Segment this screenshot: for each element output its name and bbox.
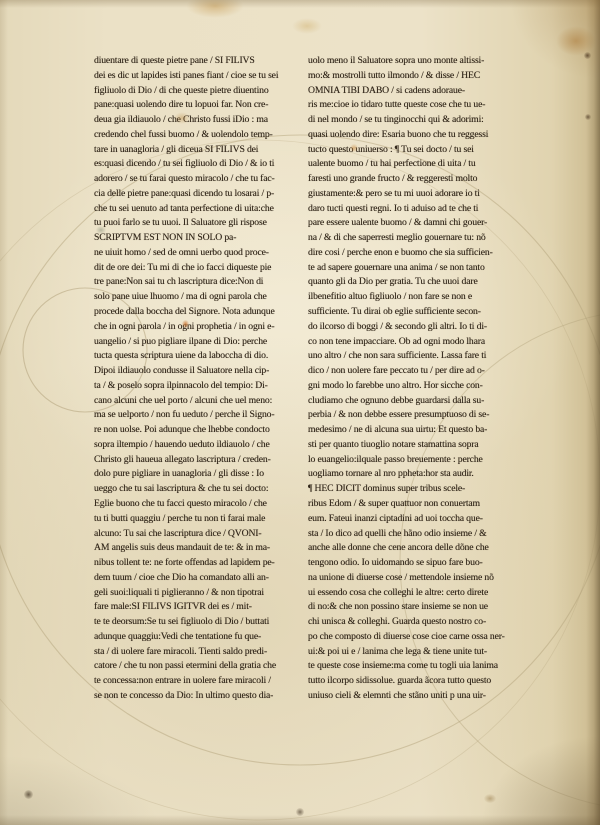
text-line: mo:& mostrolli tutto ilmondo / & disse /… [308,69,517,84]
text-line: Dipoi ildiauolo condusse il Saluatore ne… [94,364,303,379]
text-line: tucto questo uniuerso : ¶ Tu sei docto /… [308,143,517,158]
scanned-book-page: diuentare di queste pietre pane / SI FIL… [0,0,600,825]
text-line: anche alle donne che cene ancora delle d… [308,541,517,556]
text-line: te te deorsum:Se tu sei figliuolo di Dio… [94,615,303,630]
text-line: sti per quanto tiuoglio notare stamattin… [308,438,517,453]
text-line: che in ogni parola / in ogni prophetia /… [94,320,303,335]
text-line: solo pane uiue lhuomo / ma di ogni parol… [94,290,303,305]
text-line: dit de ore dei: Tu mi di che io facci di… [94,261,303,276]
text-line: tre pane:Non sai tu ch lascriptura dice:… [94,275,303,290]
text-line: es:quasi dicendo / tu sei figliuolo di D… [94,157,303,172]
text-line: cludiamo che ognuno debbe guardarsi dall… [308,394,517,409]
text-line: te ad sapere gouernare una anima / se no… [308,261,517,276]
text-line: ui essendo cosa che colleghi le altre: c… [308,586,517,601]
text-line: chi unisca & colleghi. Guarda questo nos… [308,615,517,630]
text-line: figliuolo di Dio / di che queste pietre … [94,84,303,99]
text-line: lo euangelio:ilquale passo breuemente : … [308,453,517,468]
text-line: catore / che tu non passi etermini della… [94,659,303,674]
text-line: ¶ HEC DICIT dominus super tribus scele- [308,482,517,497]
text-line: nibus tollent te: ne forte offendas ad l… [94,556,303,571]
text-line: dire cosi / perche enon e buomo che sia … [308,246,517,261]
text-line: quasi uolendo dire: Esaria buono che tu … [308,128,517,143]
text-line: diuentare di queste pietre pane / SI FIL… [94,54,303,69]
text-line: quanto gli da Dio per gratia. Tu che uuo… [308,275,517,290]
text-line: dei es dic ut lapides isti panes fiant /… [94,69,303,84]
text-line: di no:& che non possino stare insieme se… [308,600,517,615]
text-line: uogliamo tornare al nro ppheta:hor sta a… [308,467,517,482]
text-line: faresti uno grande fructo / & reggeresti… [308,172,517,187]
text-line: cia delle pietre pane:quasi dicendo tu l… [94,187,303,202]
text-line: che tu sei uenuto ad tanta perfectione d… [94,202,303,217]
text-line: credendo chel fussi buomo / & uolendolo … [94,128,303,143]
text-line: di nel mondo / se tu tinginocchi qui & a… [308,113,517,128]
text-line: deua gia ildiauolo / che Christo fussi i… [94,113,303,128]
text-line: ui:& poi ui e / lanima che lega & tiene … [308,645,517,660]
text-line: perbia / & non debbe essere presumptuoso… [308,408,517,423]
text-line: tucta questa scriptura uiene da laboccha… [94,349,303,364]
text-line: ne uiuit homo / sed de omni uerbo quod p… [94,246,303,261]
text-line: sta / Io dico ad quelli che hãno odio in… [308,527,517,542]
text-line: sopra iltempio / hauendo ueduto ildiauol… [94,438,303,453]
text-line: na / & di che saperresti meglio gouernar… [308,231,517,246]
text-line: eum. Fateui inanzi ciptadini ad uoi tocc… [308,512,517,527]
text-line: pane:quasi uolendo dire tu lopuoi far. N… [94,98,303,113]
text-line: pare essere ualente buomo / & damni chi … [308,216,517,231]
text-line: dem tuum / cioe che Dio ha comandato all… [94,571,303,586]
text-line: do ilcorso di boggi / & secondo gli altr… [308,320,517,335]
text-line: uniuso cieli & elemnti che stãno uniti p… [308,689,517,704]
text-line: tutto ilcorpo sidissolue. guarda ãcora t… [308,674,517,689]
text-line: daro tucti questi regni. Io ti aduiso ad… [308,202,517,217]
text-line: dico / non uolere fare peccato tu / per … [308,364,517,379]
text-line: procede dalla boccha del Signore. Nota a… [94,305,303,320]
text-line: na unione di diuerse cose / mettendole i… [308,571,517,586]
text-line: Christo gli haueua allegato lascriptura … [94,453,303,468]
text-line: ribus Edom / & super quattuor non conuer… [308,497,517,512]
text-line: co non tene impacciare. Ob ad ogni modo … [308,335,517,350]
text-line: giustamente:& pero se tu mi uuoi adorare… [308,187,517,202]
text-line: OMNIA TIBI DABO / si cadens adoraue- [308,84,517,99]
text-column-left: diuentare di queste pietre pane / SI FIL… [94,54,303,704]
text-line: sufficiente. Tu dirai ob eglie sufficien… [308,305,517,320]
text-line: ma se uelporto / non fu ueduto / perche … [94,408,303,423]
text-line: medesimo / ne di alcuna sua uirtu: Et qu… [308,423,517,438]
text-line: ta / & poselo sopra ilpinnacolo del temp… [94,379,303,394]
text-line: adunque quaggiu:Vedi che tentatione fu q… [94,630,303,645]
text-line: tu ti butti quaggiu / perche tu non ti f… [94,512,303,527]
text-line: re non uolse. Poi adunque che lhebbe con… [94,423,303,438]
text-line: te queste cose insieme:ma come tu togli … [308,659,517,674]
text-line: sta / di uolere fare miracoli. Tienti sa… [94,645,303,660]
text-line: ualente buomo / tu hai perfectione di ui… [308,157,517,172]
text-line: tengono odio. Io uidomando se sipuo fare… [308,556,517,571]
text-line: tare in uanagloria / gli diceua SI FILIV… [94,143,303,158]
text-line: fare male:SI FILIVS IGITVR dei es / mit- [94,600,303,615]
text-line: geli suoi:liquali ti piglieranno / & non… [94,586,303,601]
text-line: ilbenefitio altuo figliuolo / non fare s… [308,290,517,305]
text-line: uno altro / che non sara sufficiente. La… [308,349,517,364]
text-line: cano alcuni che uel porto / alcuni che u… [94,394,303,409]
text-line: SCRIPTVM EST NON IN SOLO pa- [94,231,303,246]
text-line: po che composto di diuerse cose cioe car… [308,630,517,645]
text-line: Eglie buono che tu facci questo miracolo… [94,497,303,512]
text-line: uangelio / si puo pigliare ilpane di Dio… [94,335,303,350]
text-line: ueggo che tu sai lascriptura & che tu se… [94,482,303,497]
text-line: AM angelis suis deus mandauit de te: & i… [94,541,303,556]
text-line: tu puoi farlo se tu uuoi. Il Saluatore g… [94,216,303,231]
text-line: adorero / se tu farai questo miracolo / … [94,172,303,187]
text-column-right: uolo meno il Saluatore sopra uno monte a… [308,54,517,704]
text-line: dolo pure pigliare in uanagloria / gli d… [94,467,303,482]
text-line: te concessa:non entrare in uolere fare m… [94,674,303,689]
text-line: gni modo lo farebbe uno altro. Hor sicch… [308,379,517,394]
text-line: ris me:cioe io tidaro tutte queste cose … [308,98,517,113]
text-line: se non te concesso da Dio: In ultimo que… [94,689,303,704]
text-line: alcuno: Tu sai che lascriptura dice / QV… [94,527,303,542]
text-line: uolo meno il Saluatore sopra uno monte a… [308,54,517,69]
